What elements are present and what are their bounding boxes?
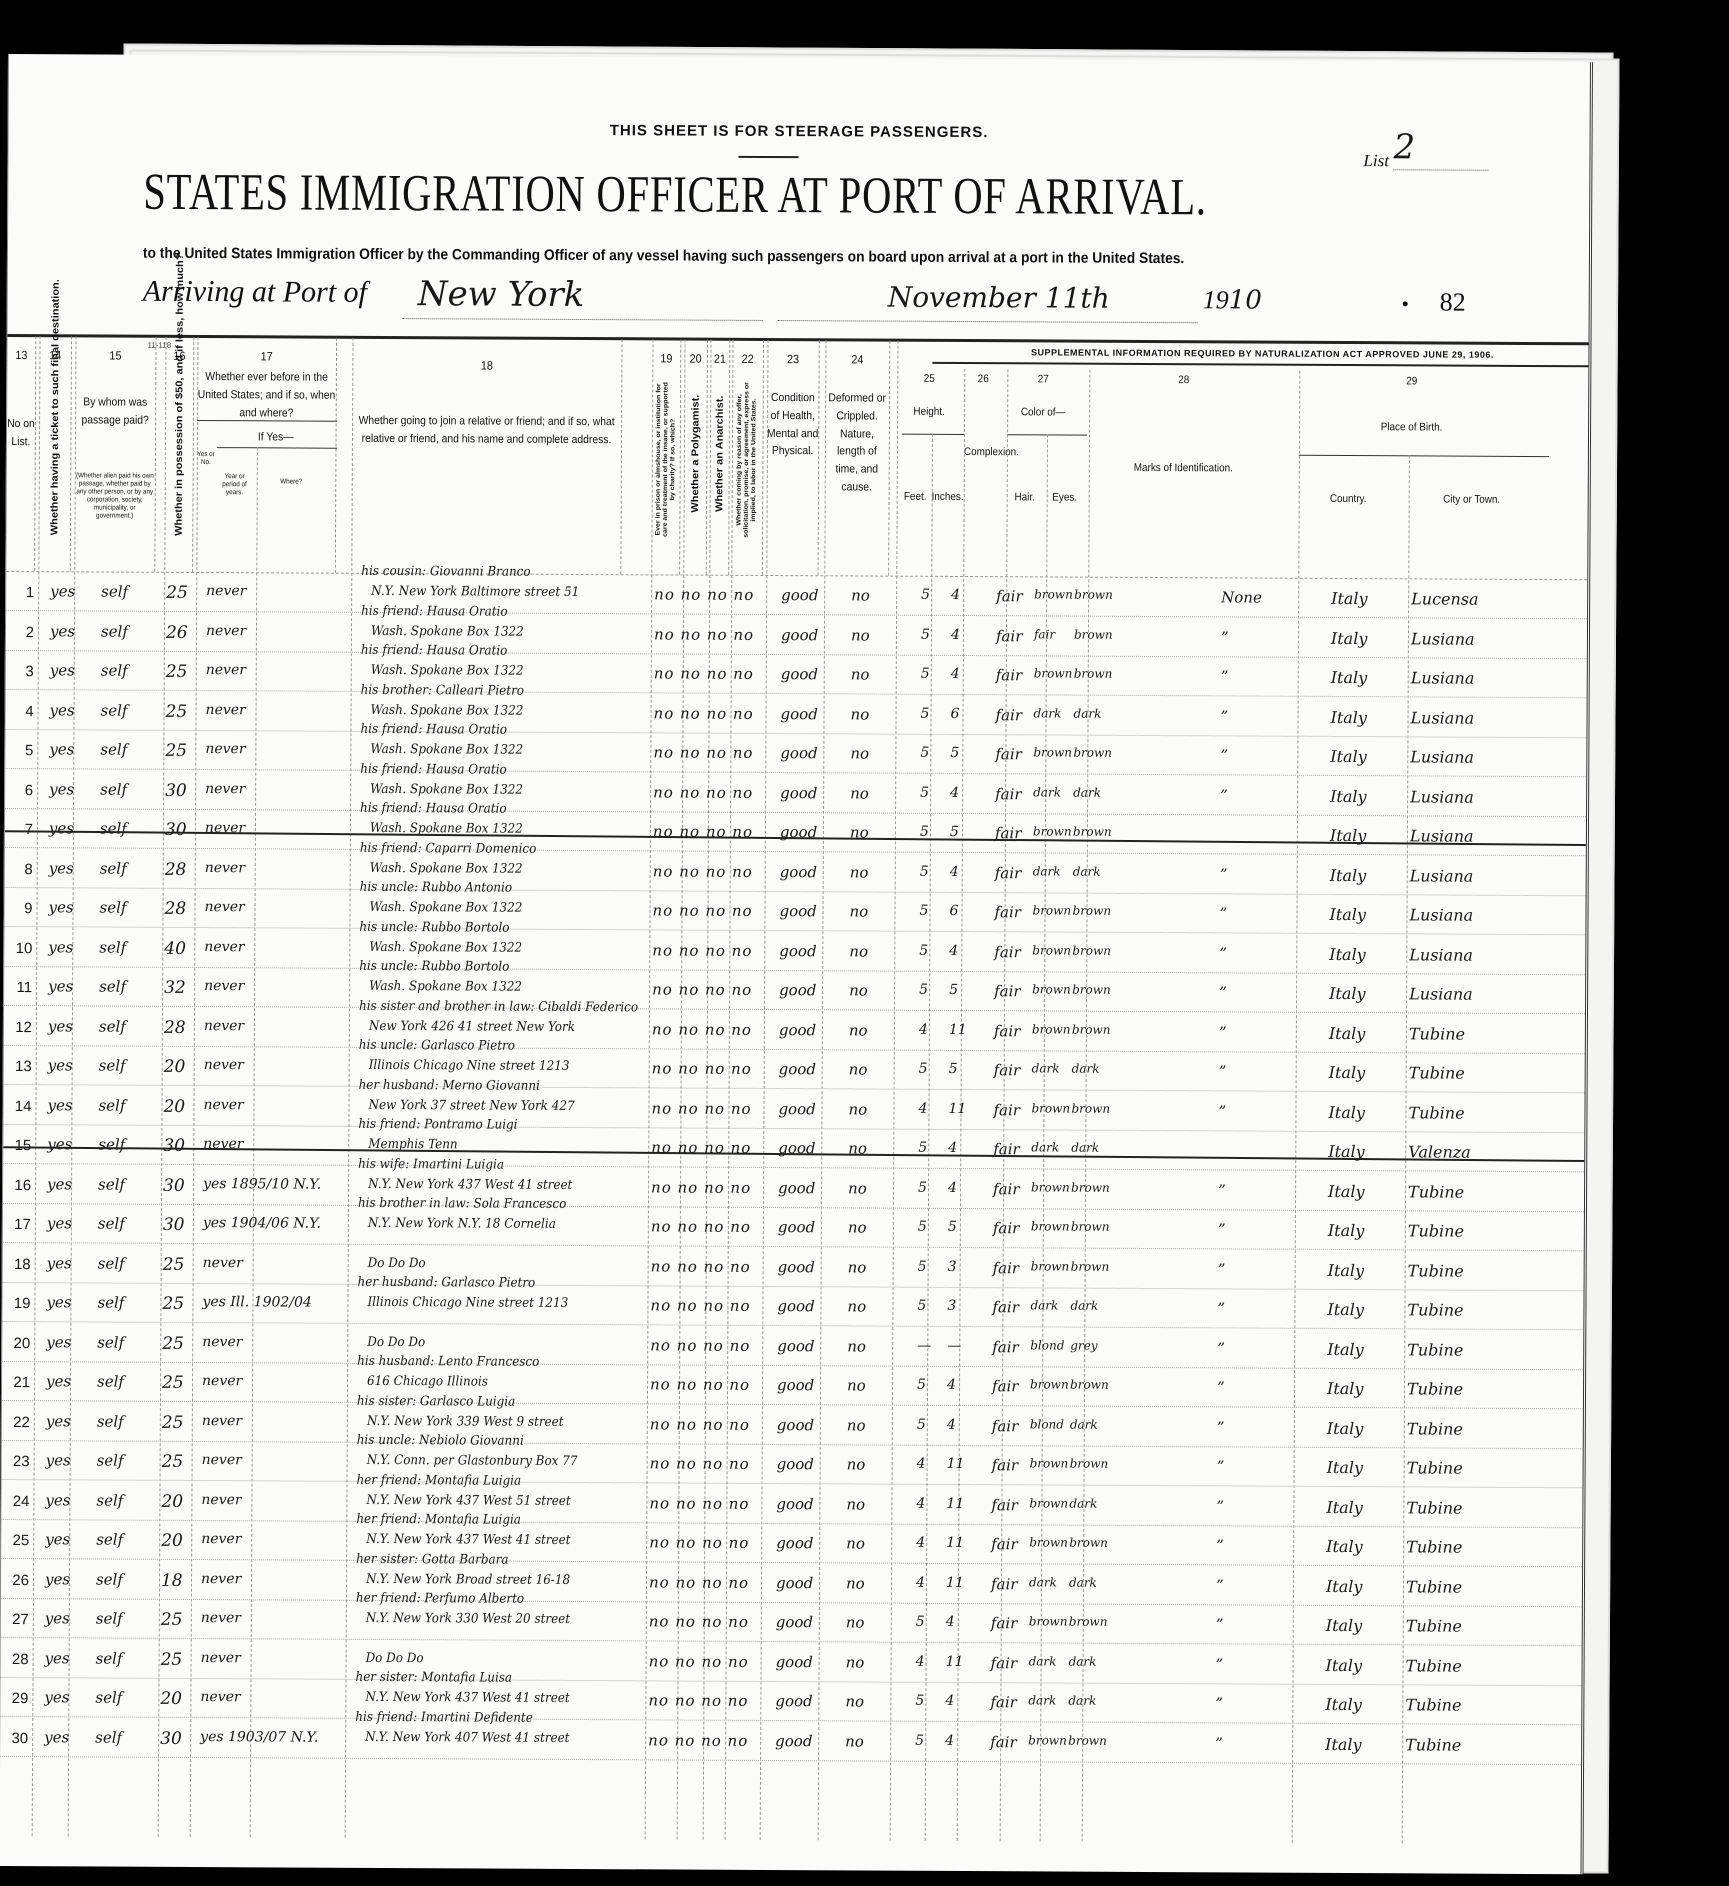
questions-19-22: no no no no [652, 1059, 752, 1078]
col-21-header: 21 Whether an Anarchist. [709, 340, 730, 575]
relative-address: Wash. Spokane Box 1322 [369, 939, 522, 955]
height-inches: 3 [948, 1258, 957, 1274]
hair-color: dark [1030, 1298, 1058, 1312]
money-in-possession: 30 [163, 1136, 185, 1156]
complexion: fair [991, 1575, 1018, 1593]
height-inches: 4 [948, 1140, 957, 1156]
passenger-row: 30 yes self 30 yes 1903/07 N.Y. his frie… [0, 1717, 1581, 1764]
money-in-possession: 25 [165, 741, 187, 761]
height-inches: 4 [945, 1732, 954, 1748]
list-number: 25 [3, 1532, 29, 1549]
passage-paid-by: self [97, 1372, 124, 1390]
relative-address: Illinois Chicago Nine street 1213 [367, 1295, 568, 1311]
hair-color: brown [1029, 1614, 1068, 1628]
relative-address: N.Y. New York 330 West 20 street [366, 1611, 570, 1627]
identification-marks: ” [1218, 1181, 1226, 1199]
list-number: 11 [6, 979, 32, 996]
previously-in-us: never [202, 1413, 242, 1429]
identification-marks: ” [1217, 1339, 1225, 1357]
birth-country: Italy [1331, 628, 1368, 647]
health-condition: good [779, 981, 816, 999]
money-in-possession: 30 [163, 1215, 185, 1235]
eye-color: dark [1072, 1062, 1100, 1076]
passage-paid-by: self [96, 1530, 123, 1548]
complexion: fair [993, 1101, 1020, 1119]
list-number: 6 [7, 782, 33, 799]
hair-color: brown [1031, 1219, 1070, 1233]
supplemental-banner: SUPPLEMENTAL INFORMATION REQUIRED BY NAT… [932, 347, 1592, 367]
height-feet: 5 [918, 1140, 927, 1156]
list-number: 9 [6, 900, 32, 917]
identification-marks: ” [1219, 1023, 1227, 1041]
eye-color: dark [1069, 1496, 1097, 1510]
list-number: 19 [4, 1295, 30, 1312]
passage-paid-by: self [100, 819, 127, 837]
height-inches: 4 [951, 626, 960, 642]
passage-paid-by: self [101, 661, 128, 679]
hair-color: dark [1034, 706, 1062, 720]
hair-color: dark [1032, 1061, 1060, 1075]
money-in-possession: 30 [165, 820, 187, 840]
passage-paid-by: self [96, 1649, 123, 1667]
complexion: fair [994, 1061, 1021, 1079]
complexion: fair [991, 1535, 1018, 1553]
ticket-to-destination: yes [45, 1649, 70, 1667]
health-condition: good [776, 1574, 813, 1592]
eye-color: brown [1070, 1457, 1109, 1471]
eye-color: dark [1071, 1141, 1099, 1155]
money-in-possession: 25 [166, 701, 188, 721]
identification-marks: ” [1220, 865, 1228, 883]
previously-in-us: never [201, 1610, 241, 1626]
eye-color: dark [1073, 785, 1101, 799]
ticket-to-destination: yes [47, 1096, 72, 1114]
birth-city: Tubine [1405, 1695, 1461, 1714]
birth-country: Italy [1327, 1418, 1364, 1437]
height-inches: 4 [948, 1179, 957, 1195]
eye-color: brown [1071, 1101, 1110, 1115]
height-feet: 5 [919, 903, 928, 919]
health-condition: good [778, 1139, 815, 1157]
height-feet: 5 [918, 1219, 927, 1235]
height-feet: 5 [919, 1061, 928, 1077]
hair-color: brown [1033, 745, 1072, 759]
health-condition: good [777, 1376, 814, 1394]
height-feet: 5 [920, 863, 929, 879]
col-24-header: 24 Deformed or Crippled. Nature, length … [824, 340, 890, 575]
list-number: 18 [5, 1255, 31, 1272]
ticket-to-destination: yes [44, 1688, 69, 1706]
relative-or-friend: his friend: Pontramo Luigi [358, 1117, 517, 1133]
height-feet: 4 [918, 1100, 927, 1116]
deformed-or-crippled: no [849, 1060, 868, 1078]
money-in-possession: 25 [161, 1610, 183, 1630]
money-in-possession: 25 [162, 1412, 184, 1432]
deformed-or-crippled: no [851, 586, 870, 604]
passage-paid-by: self [99, 938, 126, 956]
birth-country: Italy [1329, 984, 1366, 1003]
complexion: fair [994, 982, 1021, 1000]
ticket-to-destination: yes [45, 1530, 70, 1548]
height-feet: 5 [921, 626, 930, 642]
birth-city: Lusiana [1409, 945, 1473, 964]
previously-in-us: never [203, 1097, 243, 1113]
passage-paid-by: self [96, 1570, 123, 1588]
complexion: fair [991, 1614, 1018, 1632]
col-27-label: Color of— [1007, 404, 1079, 421]
height-inches: 6 [951, 705, 960, 721]
passage-paid-by: self [99, 1017, 126, 1035]
deformed-or-crippled: no [845, 1732, 864, 1750]
eye-color: brown [1072, 1022, 1111, 1036]
deformed-or-crippled: no [847, 1455, 866, 1473]
height-inches: 4 [947, 1377, 956, 1393]
height-feet: 5 [915, 1693, 924, 1709]
eye-color: dark [1073, 864, 1101, 878]
height-inches: 4 [950, 863, 959, 879]
birth-country: Italy [1327, 1300, 1364, 1319]
money-in-possession: 25 [162, 1373, 184, 1393]
money-in-possession: 20 [161, 1531, 183, 1551]
questions-19-22: no no no no [653, 822, 753, 841]
height-inches: 4 [945, 1693, 954, 1709]
relative-or-friend: his sister and brother in law: Cibaldi F… [359, 998, 638, 1014]
deformed-or-crippled: no [849, 1021, 868, 1039]
height-inches: 4 [950, 784, 959, 800]
birth-city: Lusiana [1410, 787, 1474, 806]
relative-address: N.Y. New York 437 West 41 street [366, 1532, 570, 1548]
list-number: 1 [8, 584, 34, 601]
identification-marks: ” [1219, 983, 1227, 1001]
previously-in-us: yes 1904/06 N.Y. [203, 1215, 321, 1232]
eye-color: dark [1070, 1299, 1098, 1313]
birth-country: Italy [1331, 589, 1368, 608]
previously-in-us: never [204, 978, 244, 994]
ticket-to-destination: yes [48, 1017, 73, 1035]
health-condition: good [780, 863, 817, 881]
height-feet: 5 [918, 1258, 927, 1274]
questions-19-22: no no no no [651, 1217, 751, 1236]
hair-color: brown [1030, 1377, 1069, 1391]
previously-in-us: never [206, 702, 246, 718]
money-in-possession: 20 [161, 1491, 183, 1511]
passage-paid-by: self [98, 1096, 125, 1114]
eye-color: brown [1068, 1733, 1107, 1747]
money-in-possession: 28 [165, 859, 187, 879]
relative-or-friend: his friend: Hausa Oratio [360, 722, 507, 738]
birth-city: Tubine [1407, 1379, 1463, 1398]
deformed-or-crippled: no [846, 1574, 865, 1592]
previously-in-us: never [206, 583, 246, 599]
height-feet: 5 [915, 1732, 924, 1748]
list-number: 21 [4, 1374, 30, 1391]
relative-or-friend: his friend: Hausa Oratio [360, 801, 507, 817]
birth-country: Italy [1326, 1537, 1363, 1556]
eye-color: brown [1073, 746, 1112, 760]
identification-marks: ” [1221, 667, 1229, 685]
identification-marks: ” [1217, 1418, 1225, 1436]
relative-or-friend: her friend: Montafia Luigia [356, 1472, 521, 1488]
ticket-to-destination: yes [47, 1135, 72, 1153]
hair-color: fair [1034, 627, 1055, 641]
height-feet: 5 [921, 705, 930, 721]
port-of-arrival: New York [418, 274, 585, 315]
height-inches: 3 [947, 1298, 956, 1314]
identification-marks: ” [1220, 746, 1228, 764]
eye-color: brown [1071, 1220, 1110, 1234]
money-in-possession: 28 [164, 1017, 186, 1037]
questions-19-22: no no no no [651, 1257, 751, 1276]
birth-country: Italy [1330, 826, 1367, 845]
birth-city: Tubine [1407, 1458, 1463, 1477]
ticket-to-destination: yes [45, 1491, 70, 1509]
deformed-or-crippled: no [851, 665, 870, 683]
identification-marks: ” [1216, 1497, 1224, 1515]
relative-or-friend: his friend: Imartini Defidente [355, 1709, 533, 1725]
health-condition: good [778, 1258, 815, 1276]
height-feet: 4 [919, 1021, 928, 1037]
passage-paid-by: self [101, 701, 128, 719]
relative-address: Do Do Do [366, 1650, 424, 1665]
questions-19-22: no no no no [650, 1415, 750, 1434]
complexion: fair [995, 745, 1022, 763]
questions-19-22: no no no no [649, 1494, 749, 1513]
ticket-to-destination: yes [49, 740, 74, 758]
deformed-or-crippled: no [851, 626, 870, 644]
date-underline [778, 320, 1198, 323]
ticket-to-destination: yes [44, 1728, 69, 1746]
money-in-possession: 25 [166, 662, 188, 682]
questions-19-22: no no no no [651, 1099, 751, 1118]
complexion: fair [996, 706, 1023, 724]
eye-color: dark [1069, 1654, 1097, 1668]
list-number: 4 [8, 703, 34, 720]
complexion: fair [995, 824, 1022, 842]
relative-address: Wash. Spokane Box 1322 [370, 860, 523, 876]
relative-or-friend: his brother in law: Sola Francesco [358, 1196, 566, 1212]
col-29-label: Place of Birth. [1299, 419, 1524, 437]
relative-address: New York 37 street New York 427 [368, 1097, 574, 1113]
passage-paid-by: self [99, 898, 126, 916]
hair-color: brown [1034, 666, 1073, 680]
questions-19-22: no no no no [649, 1573, 749, 1592]
height-inches: 11 [949, 1021, 967, 1037]
relative-or-friend: his uncle: Garlasco Pietro [359, 1038, 515, 1054]
col-29-number: 29 [1299, 373, 1524, 391]
identification-marks: ” [1221, 628, 1229, 646]
previously-in-us: never [201, 1531, 241, 1547]
ticket-to-destination: yes [46, 1293, 71, 1311]
relative-address: Do Do Do [367, 1334, 425, 1349]
money-in-possession: 26 [166, 622, 188, 642]
hair-color: dark [1029, 1575, 1057, 1589]
list-underline [1393, 169, 1488, 170]
previously-in-us: never [202, 1334, 242, 1350]
birth-city: Lusiana [1409, 984, 1473, 1003]
relative-or-friend: his uncle: Nebiolo Giovanni [357, 1433, 524, 1449]
birth-country: Italy [1326, 1576, 1363, 1595]
money-in-possession: 28 [164, 899, 186, 919]
col-28-number: 28 [1089, 372, 1278, 389]
birth-city: Tubine [1409, 1063, 1465, 1082]
previously-in-us: yes 1903/07 N.Y. [200, 1729, 318, 1746]
hair-color: dark [1031, 1140, 1059, 1154]
questions-19-22: no no no no [648, 1691, 748, 1710]
previously-in-us: never [201, 1650, 241, 1666]
questions-19-22: no no no no [651, 1178, 751, 1197]
birth-country: Italy [1326, 1616, 1363, 1635]
eye-color: dark [1069, 1575, 1097, 1589]
height-inches: 4 [951, 666, 960, 682]
identification-marks: ” [1219, 904, 1227, 922]
eye-color: brown [1072, 983, 1111, 997]
birth-city: Tubine [1407, 1300, 1463, 1319]
health-condition: good [778, 1218, 815, 1236]
col-25-label: Height. [902, 404, 956, 421]
birth-city: Tubine [1406, 1577, 1462, 1596]
height-feet: 5 [921, 587, 930, 603]
relative-address: New York 426 41 street New York [369, 1018, 575, 1034]
hair-color: blond [1030, 1338, 1064, 1352]
passage-paid-by: self [100, 859, 127, 877]
health-condition: good [781, 586, 818, 604]
height-feet: 5 [919, 942, 928, 958]
relative-address: Wash. Spokane Box 1322 [369, 900, 522, 916]
col-14-header: 14 Whether having a ticket to such final… [38, 336, 72, 571]
relative-address: Wash. Spokane Box 1322 [370, 742, 523, 758]
divider [738, 156, 798, 158]
birth-country: Italy [1329, 1023, 1366, 1042]
complexion: fair [992, 1456, 1019, 1474]
money-in-possession: 30 [160, 1728, 182, 1748]
list-number: 8 [7, 861, 33, 878]
questions-19-22: no no no no [651, 1138, 751, 1157]
height-feet: 4 [916, 1653, 925, 1669]
list-number: 5 [7, 742, 33, 759]
health-condition: good [781, 665, 818, 683]
list-number: 3 [8, 663, 34, 680]
col-19-header: 19 Ever in prison or almshouse, or insti… [651, 339, 681, 574]
passage-paid-by: self [96, 1609, 123, 1627]
list-number: 28 [3, 1650, 29, 1667]
height-feet: 4 [916, 1535, 925, 1551]
deformed-or-crippled: no [849, 981, 868, 999]
identification-marks: ” [1216, 1576, 1224, 1594]
complexion: fair [990, 1733, 1017, 1751]
eye-color: brown [1074, 627, 1113, 641]
col-15-header: 15 By whom was passage paid? (Whether al… [74, 336, 156, 571]
money-in-possession: 30 [165, 780, 187, 800]
list-number: 23 [4, 1453, 30, 1470]
ticket-to-destination: yes [46, 1451, 71, 1469]
col-27-number: 27 [1007, 371, 1079, 388]
birth-country: Italy [1328, 1260, 1365, 1279]
passage-paid-by: self [98, 1214, 125, 1232]
birth-country: Italy [1329, 1063, 1366, 1082]
height-inches-label: Inches. [932, 489, 961, 506]
complexion: fair [993, 1140, 1020, 1158]
relative-or-friend: his husband: Lento Francesco [357, 1354, 539, 1370]
birth-city: Tubine [1408, 1221, 1464, 1240]
complexion: fair [991, 1496, 1018, 1514]
money-in-possession: 32 [164, 978, 186, 998]
list-number: 17 [5, 1216, 31, 1233]
identification-marks: ” [1217, 1378, 1225, 1396]
money-in-possession: 25 [162, 1452, 184, 1472]
height-inches: 4 [946, 1614, 955, 1630]
eye-color: brown [1069, 1536, 1108, 1550]
list-number: 30 [2, 1729, 28, 1746]
previously-in-us: never [204, 1018, 244, 1034]
previously-in-us: never [205, 820, 245, 836]
passage-paid-by: self [97, 1451, 124, 1469]
birth-city: Tubine [1406, 1498, 1462, 1517]
hair-color: brown [1032, 1022, 1071, 1036]
questions-19-22: no no no no [650, 1454, 750, 1473]
hair-color: brown [1031, 1180, 1070, 1194]
height-inches: 11 [947, 1456, 965, 1472]
previously-in-us: never [204, 899, 244, 915]
health-condition: good [775, 1692, 812, 1710]
ticket-to-destination: yes [49, 859, 74, 877]
height-inches: 4 [949, 942, 958, 958]
hair-color: dark [1028, 1693, 1056, 1707]
col-16-header: 16 Whether in possession of $50, and if … [164, 337, 194, 572]
health-condition: good [776, 1613, 813, 1631]
money-in-possession: 20 [164, 1057, 186, 1077]
list-number: 26 [3, 1571, 29, 1588]
passage-paid-by: self [99, 1056, 126, 1074]
birth-country: Italy [1326, 1497, 1363, 1516]
ticket-to-destination: yes [47, 1214, 72, 1232]
relative-or-friend: his uncle: Rubbo Bortolo [359, 959, 509, 975]
relative-or-friend: his friend: Hausa Oratio [360, 761, 507, 777]
height-feet: 5 [916, 1614, 925, 1630]
ticket-to-destination: yes [45, 1609, 70, 1627]
col-25-number: 25 [902, 371, 956, 388]
birth-country: Italy [1331, 668, 1368, 687]
previously-in-us: never [204, 1057, 244, 1073]
birth-city: Tubine [1406, 1537, 1462, 1556]
height-inches: 5 [948, 1219, 957, 1235]
relative-address: N.Y. Conn. per Glastonbury Box 77 [367, 1453, 578, 1469]
complexion: fair [992, 1298, 1019, 1316]
complexion: fair [996, 627, 1023, 645]
relative-or-friend: his uncle: Rubbo Antonio [360, 880, 512, 896]
hair-color: brown [1029, 1496, 1068, 1510]
complexion: fair [994, 903, 1021, 921]
col-26-label: Complexion. [964, 444, 1002, 461]
hair-color: brown [1032, 982, 1071, 996]
previously-in-us: never [206, 623, 246, 639]
previously-in-us: never [201, 1571, 241, 1587]
identification-marks: ” [1219, 1062, 1227, 1080]
relative-or-friend: her sister: Montafia Luisa [355, 1670, 512, 1686]
questions-19-22: no no no no [650, 1296, 750, 1315]
ticket-to-destination: yes [46, 1412, 71, 1430]
health-condition: good [776, 1534, 813, 1552]
list-number: 29 [2, 1690, 28, 1707]
list-number: 14 [5, 1098, 31, 1115]
passage-paid-by: self [98, 1135, 125, 1153]
health-condition: good [778, 1179, 815, 1197]
list-number: 22 [4, 1413, 30, 1430]
col-22-header: 22 Whether coming by reason of any offer… [731, 340, 764, 575]
relative-address: N.Y. New York 437 West 51 street [366, 1492, 570, 1508]
height-inches: 5 [950, 824, 959, 840]
hair-color: brown [1029, 1535, 1068, 1549]
ticket-to-destination: yes [47, 1175, 72, 1193]
